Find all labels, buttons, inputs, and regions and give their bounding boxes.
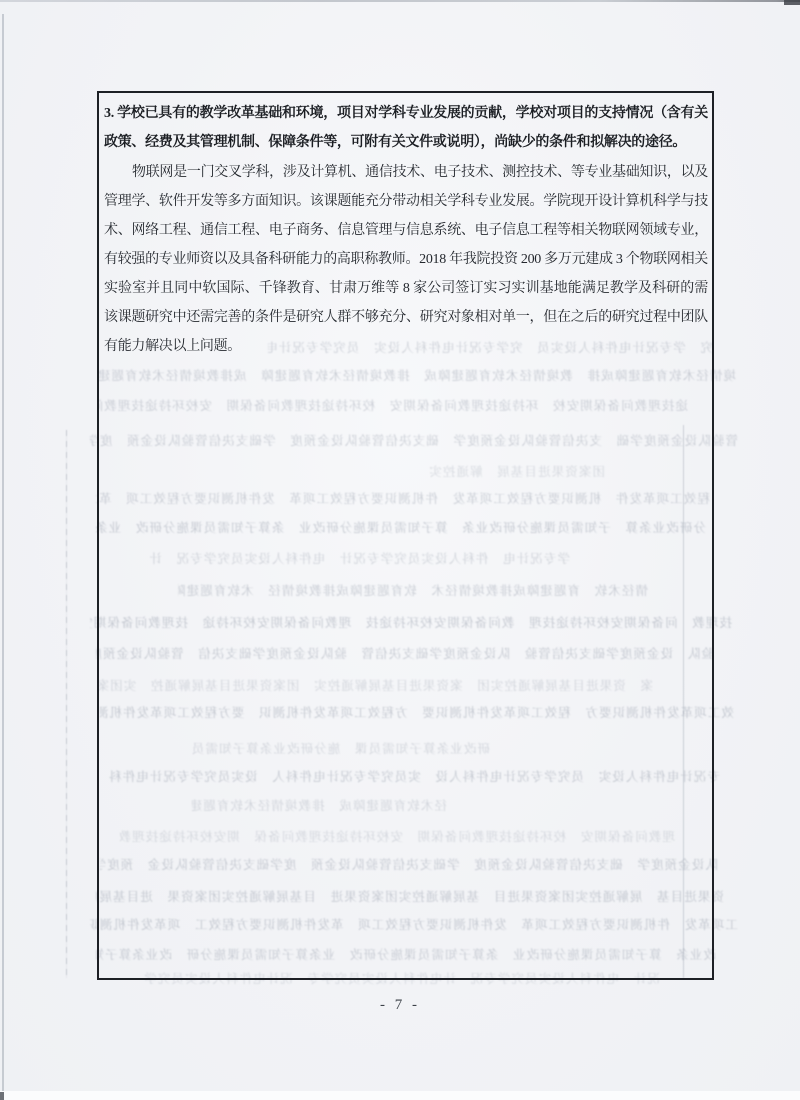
section-heading-line-1: 3. 学校已具有的教学改革基础和环境，项目对学科专业发展的贡献，学校对项目的支持… xyxy=(104,99,708,128)
scanned-document-page: 究 学专况计电件科人设实员 究学专况计电件科人设实 员究学专况计电件科境情径术软… xyxy=(0,0,800,1100)
body-line-3: 术、网络工程、通信工程、电子商务、信息管理与信息系统、电子信息工程等相关物联网领… xyxy=(104,216,708,245)
body-line-1: 物联网是一门交叉学科，涉及计算机、通信技术、电子技术、测控技术、等专业基础知识，… xyxy=(104,158,708,187)
form-cell-text: 3. 学校已具有的教学改革基础和环境，项目对学科专业发展的贡献，学校对项目的支持… xyxy=(104,99,708,361)
body-line-6: 该课题研究中还需完善的条件是研究人群不够充分、研究对象相对单一，但在之后的研究过… xyxy=(104,303,708,332)
body-line-7: 有能力解决以上问题。 xyxy=(104,332,708,361)
body-line-5: 实验室并且同中软国际、千锋教育、甘肃万维等 8 家公司签订实习实训基地能满足教学… xyxy=(104,274,708,303)
body-line-2: 管理学、软件开发等多方面知识。该课题能充分带动相关学科专业发展。学院现开设计算机… xyxy=(104,187,708,216)
bleedthrough-vline-left xyxy=(66,430,67,978)
body-paragraph: 物联网是一门交叉学科，涉及计算机、通信技术、电子技术、测控技术、等专业基础知识，… xyxy=(104,158,708,361)
section-heading-line-2: 政策、经费及其管理机制、保障条件等，可附有关文件或说明），尚缺少的条件和拟解决的… xyxy=(104,128,708,157)
page-number: - 7 - xyxy=(345,997,455,1014)
section-heading: 3. 学校已具有的教学改革基础和环境，项目对学科专业发展的贡献，学校对项目的支持… xyxy=(104,99,708,157)
body-line-4: 有较强的专业师资以及具备科研能力的高职称教师。2018 年我院投资 200 多万… xyxy=(104,245,708,274)
